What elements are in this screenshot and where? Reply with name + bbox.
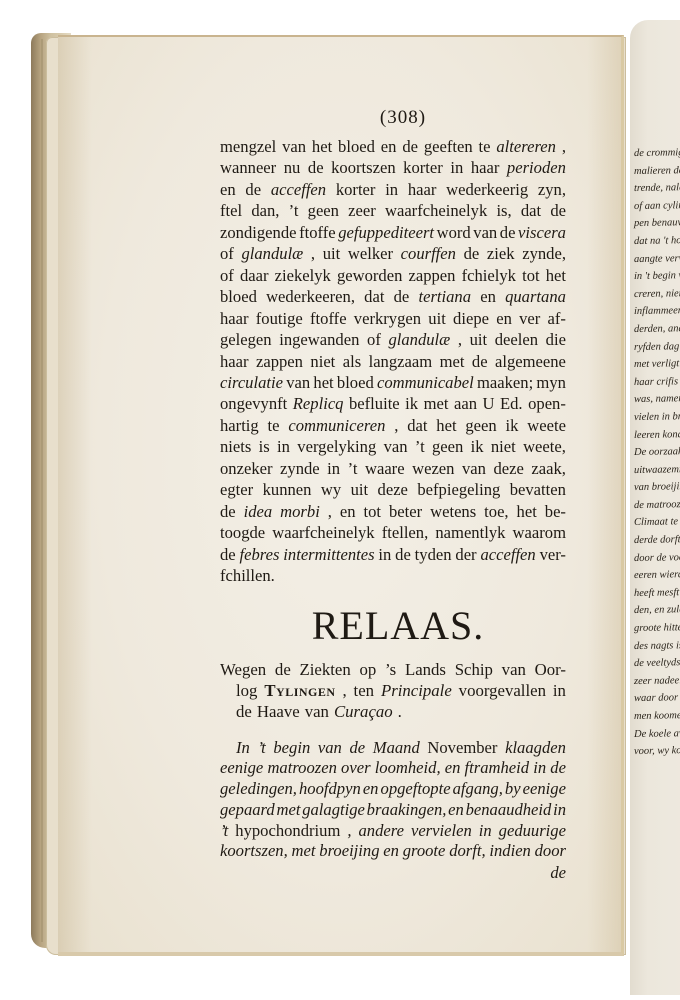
facing-text-line: dat na 't hoofd, n [634, 231, 680, 251]
text-line: fteldan,’tgeenzeerwaarfcheinelykis,datde [220, 200, 566, 221]
facing-text-line: de veeltyds gebeur [634, 653, 680, 673]
catchword-text: de [550, 862, 566, 883]
text-line: In’tbeginvandeMaandNovemberklaagden [220, 738, 566, 759]
facing-text-line: De oorzaak va [634, 442, 680, 462]
facing-text-line: creren, niemte kro [634, 284, 680, 304]
text-line: ofglandulæ,uitwelkercourffendeziekzynde, [220, 243, 566, 264]
facing-text-line: derden, ander [634, 319, 680, 339]
text-line: haarfoutigeftoffeverkrygenuitdiepeenvera… [220, 308, 566, 329]
facing-text-line: was, nament [634, 389, 680, 409]
paragraph-body: In’tbeginvandeMaandNovemberklaagdeneenig… [220, 738, 566, 862]
text-line: WegendeZiektenop’sLandsSchipvanOor- [220, 659, 566, 680]
text-line: ongevynftReplicqbefluiteikmetaanUEd.open… [220, 393, 566, 414]
facing-text-line: malieren de vrede [634, 161, 680, 181]
text-line: fchillen. [220, 565, 566, 586]
facing-text-line: Climaat te leren, [634, 512, 680, 532]
text-line: gepaardmetgalagtigebraakingen,enbenaaudh… [220, 800, 566, 821]
facing-page: de crommigenmalieren de vredetrende, nal… [630, 20, 680, 995]
text-line: circulatievanhetbloedcommunicabelmaaken;… [220, 372, 566, 393]
text-line: bloedwederkeeren,datdetertianaenquartana [220, 286, 566, 307]
facing-text-line: de matroozen waar [634, 495, 680, 515]
text-line: toogdewaarfcheinelykftellen,namentlykwaa… [220, 522, 566, 543]
page-number: (308) [240, 100, 566, 136]
section-subheading: WegendeZiektenop’sLandsSchipvanOor-logTy… [220, 659, 566, 723]
text-line: geledingen,hoofdpynenopgeftopteafgang,by… [220, 779, 566, 800]
facing-text-line: ryfden dag en [634, 336, 680, 356]
text-line: logTylingen,tenPrincipalevoorgevallenin [220, 680, 566, 701]
facing-text-line: derde dorft, in m [634, 530, 680, 550]
facing-text-line: met verligting [634, 354, 680, 374]
text-line: eenigematroozenoverloomheid,enftramheidi… [220, 758, 566, 779]
facing-text-line: haar crifis pa [634, 372, 680, 392]
text-line: gelegeningewandenofglandulæ,uitdeelendie [220, 329, 566, 350]
facing-text-line: men koomen te w [634, 706, 680, 726]
facing-text-line: of aan cylin dag [634, 196, 680, 216]
facing-text-line: vielen in bra [634, 407, 680, 427]
text-line: defebresintermittentesindetydenderacceff… [220, 544, 566, 565]
facing-text-line: de crommigen [634, 143, 680, 163]
facing-text-line: heeft mesft afst [634, 583, 680, 603]
facing-text-line: aangte vervielen [634, 249, 680, 269]
facing-text-line: den, en zulden [634, 600, 680, 620]
section-heading: RELAAS. [230, 603, 566, 649]
text-line: koortszen,metbroeijingengrootedorft,indi… [220, 841, 566, 862]
page-text-block: (308) mengzelvanhetbloedendegeeftentealt… [220, 100, 566, 883]
facing-text-line: des nagts is het [634, 636, 680, 656]
text-line: zondigendeftoffegefuppediteertwordvandev… [220, 222, 566, 243]
facing-text-line: De koele avond [634, 724, 680, 744]
text-line: deHaavevanCuraçao. [220, 701, 566, 722]
facing-text-line: zeer nadeelig wor [634, 671, 680, 691]
facing-text-line: pen benauwdheid [634, 213, 680, 233]
facing-text-line: van broeijinge en [634, 477, 680, 497]
text-line: nietsisinvergelykingvan’tgeeniknietweete… [220, 436, 566, 457]
paragraph-continued: mengzelvanhetbloedendegeeftentealtereren… [220, 136, 566, 587]
facing-text-line: waar door zelfs [634, 688, 680, 708]
text-line: deideamorbi,entotbeterwetenstoe,hetbe- [220, 501, 566, 522]
text-line: onzekerzyndein’twaarewezenvandezezaak, [220, 458, 566, 479]
text-line: wanneernudekoortszenkorterinhaarperioden [220, 157, 566, 178]
facing-text-line: trende, nalen op [634, 178, 680, 198]
text-line: haarzappennietalslangzaammetdealgemeene [220, 351, 566, 372]
text-line: endeacceffenkorterinhaarwederkeerigzyn, [220, 179, 566, 200]
facing-text-line: voor, wy konden [634, 741, 680, 761]
text-line: egterkunnenwyuitdezebefpiegelingbevatten [220, 479, 566, 500]
facing-text-line: in 't begin van loo [634, 266, 680, 286]
text-line: ’thypochondrium,anderevervieleningeduuri… [220, 821, 566, 842]
text-line: ofdaarziekelykgewordenzappenfchielyktoth… [220, 265, 566, 286]
facing-text-line: door de vochte wa [634, 548, 680, 568]
text-line: mengzelvanhetbloedendegeeftentealtereren… [220, 136, 566, 157]
facing-text-line: uitwaazeming, [634, 460, 680, 480]
facing-text-line: groote hitte van [634, 618, 680, 638]
facing-text-line: eeren wierden, [634, 565, 680, 585]
facing-page-text: de crommigenmalieren de vredetrende, nal… [634, 143, 680, 761]
facing-text-line: inflammeert, was [634, 301, 680, 321]
text-line: hartigtecommuniceren,dathetgeenikweete [220, 415, 566, 436]
facing-text-line: leeren koname [634, 424, 680, 444]
catchword: de [220, 862, 566, 883]
